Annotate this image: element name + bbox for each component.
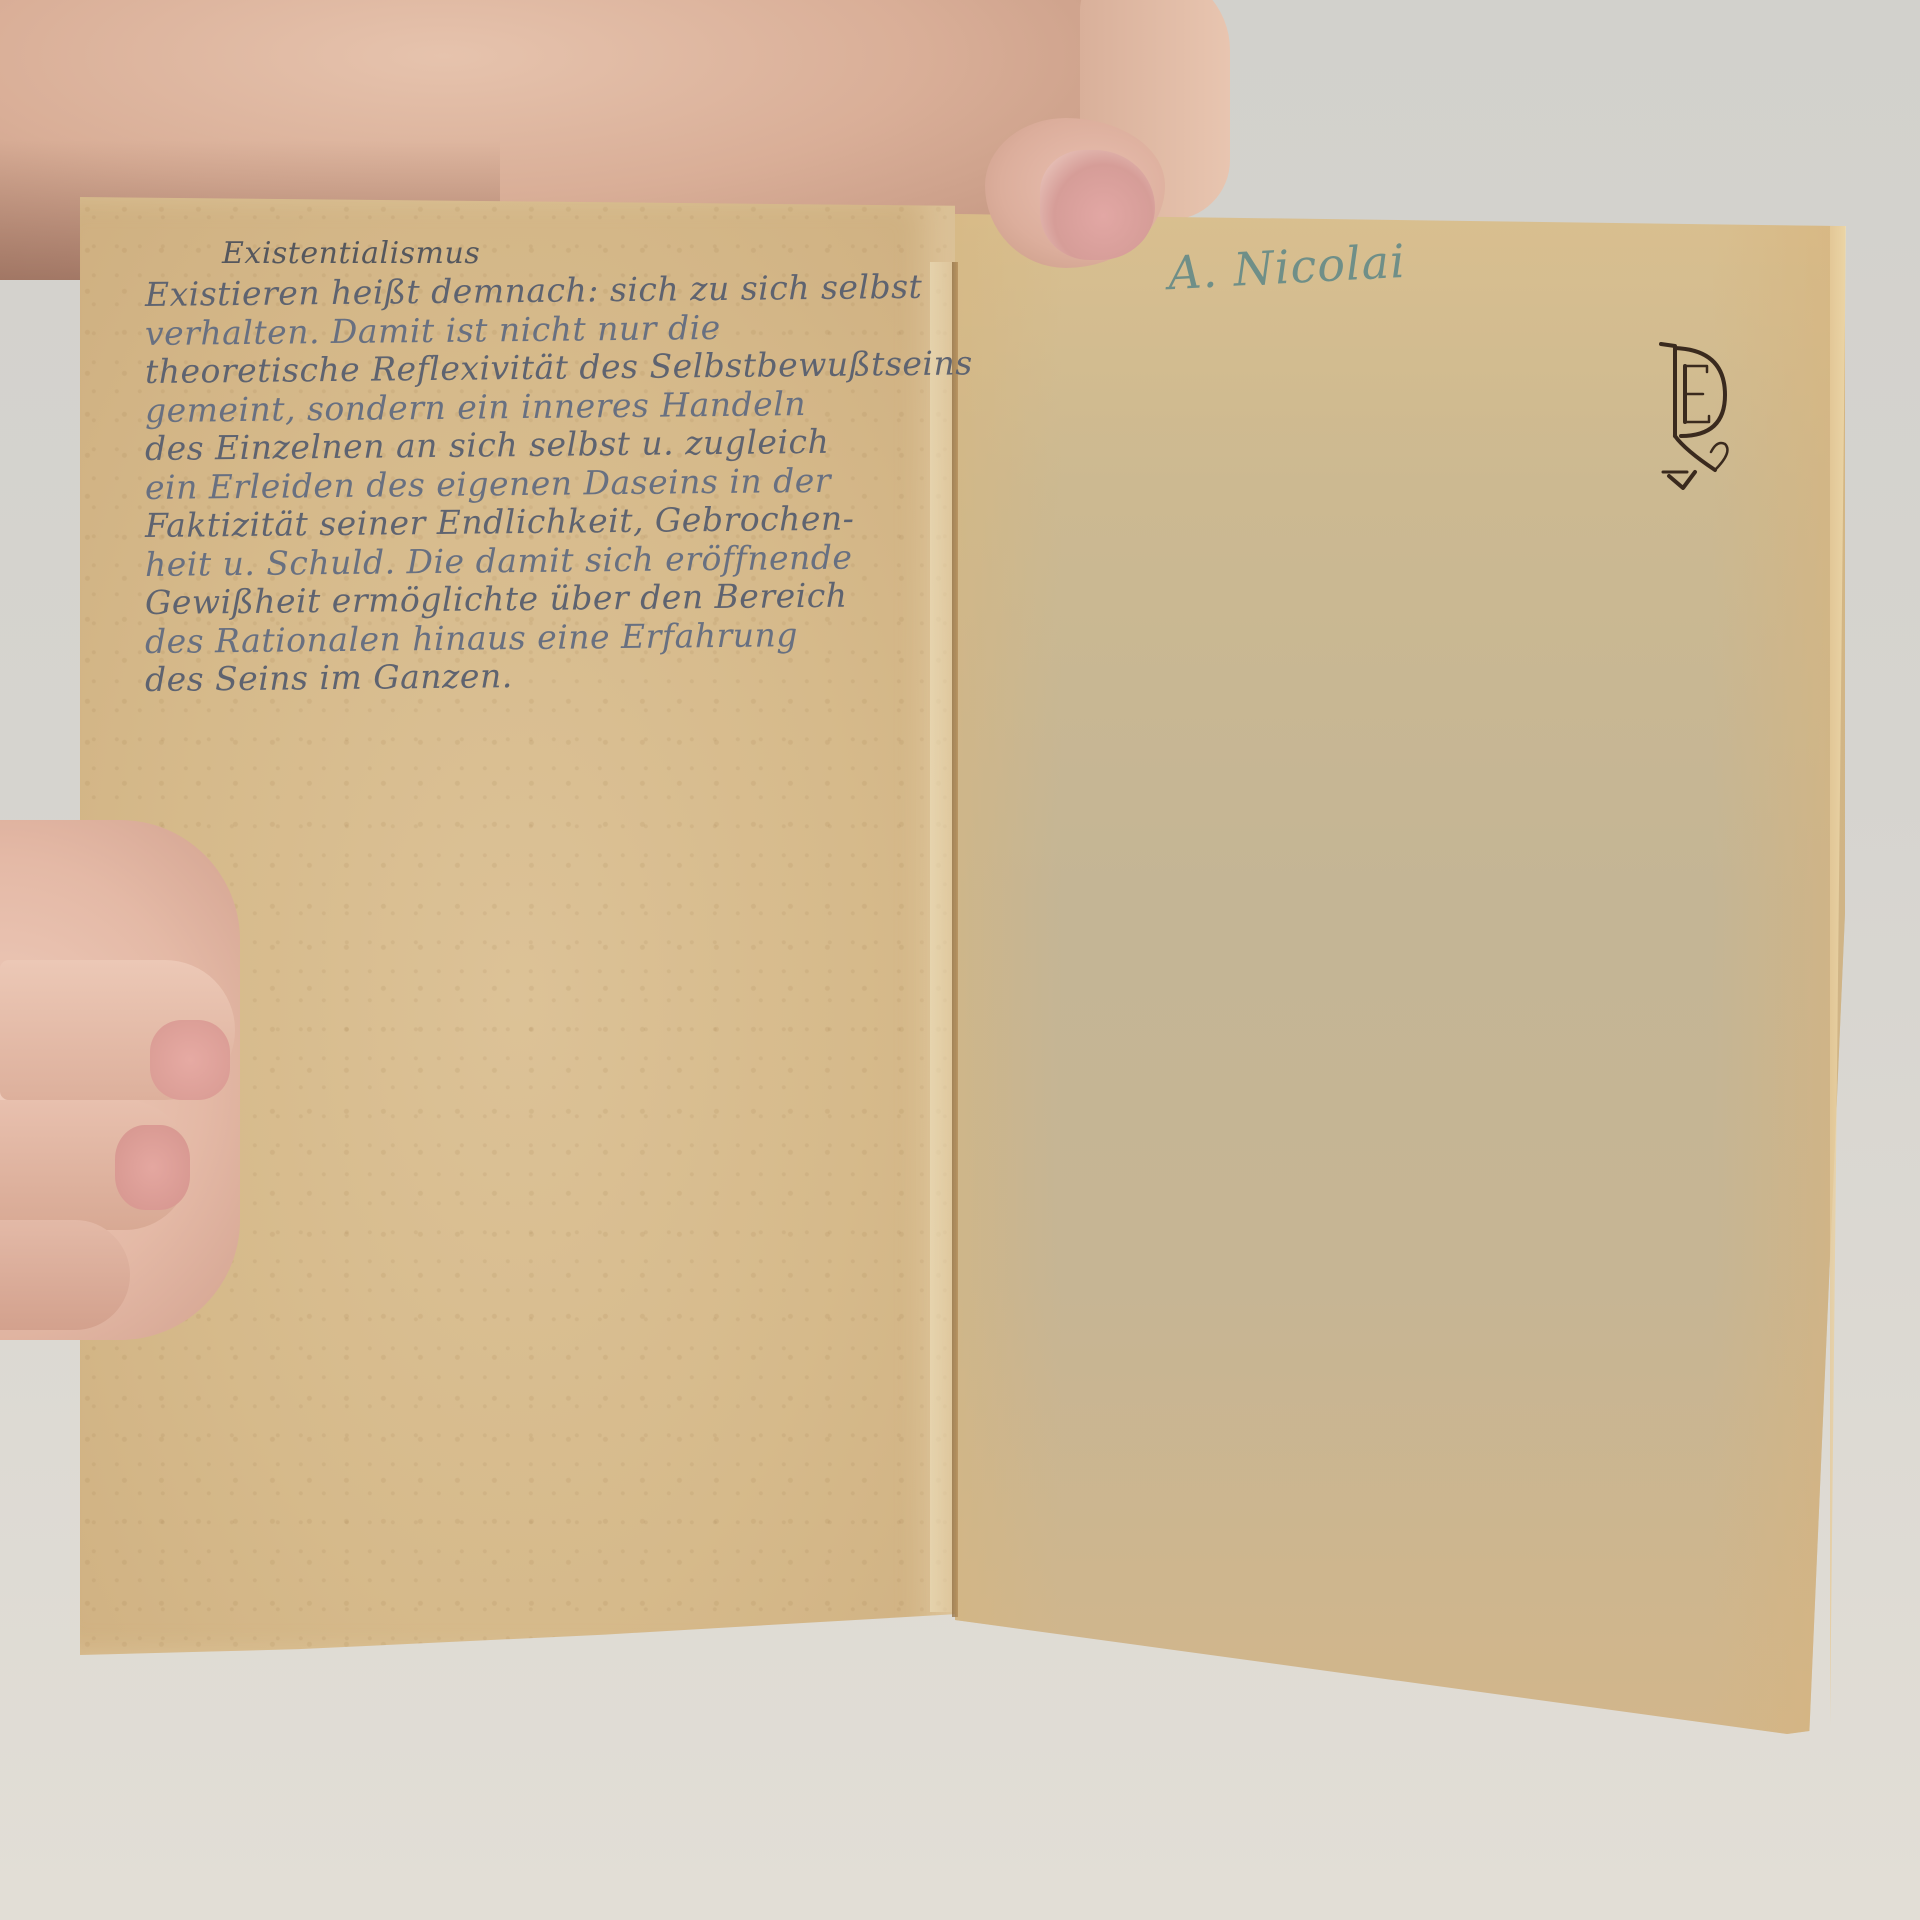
handwritten-note: Existieren heißt demnach: sich zu sich s… — [145, 276, 925, 700]
lower-finger — [0, 1220, 130, 1330]
upper-thumbnail — [1040, 150, 1155, 260]
handwritten-heading: Existentialismus — [222, 236, 480, 271]
lower-fingernail — [115, 1125, 190, 1210]
book-spine-gutter — [952, 262, 958, 1617]
publisher-monogram-icon — [1655, 340, 1735, 490]
handwritten-line: des Seins im Ganzen. — [145, 653, 925, 700]
lower-fingernail — [150, 1020, 230, 1100]
right-page-edge — [1830, 226, 1846, 1726]
